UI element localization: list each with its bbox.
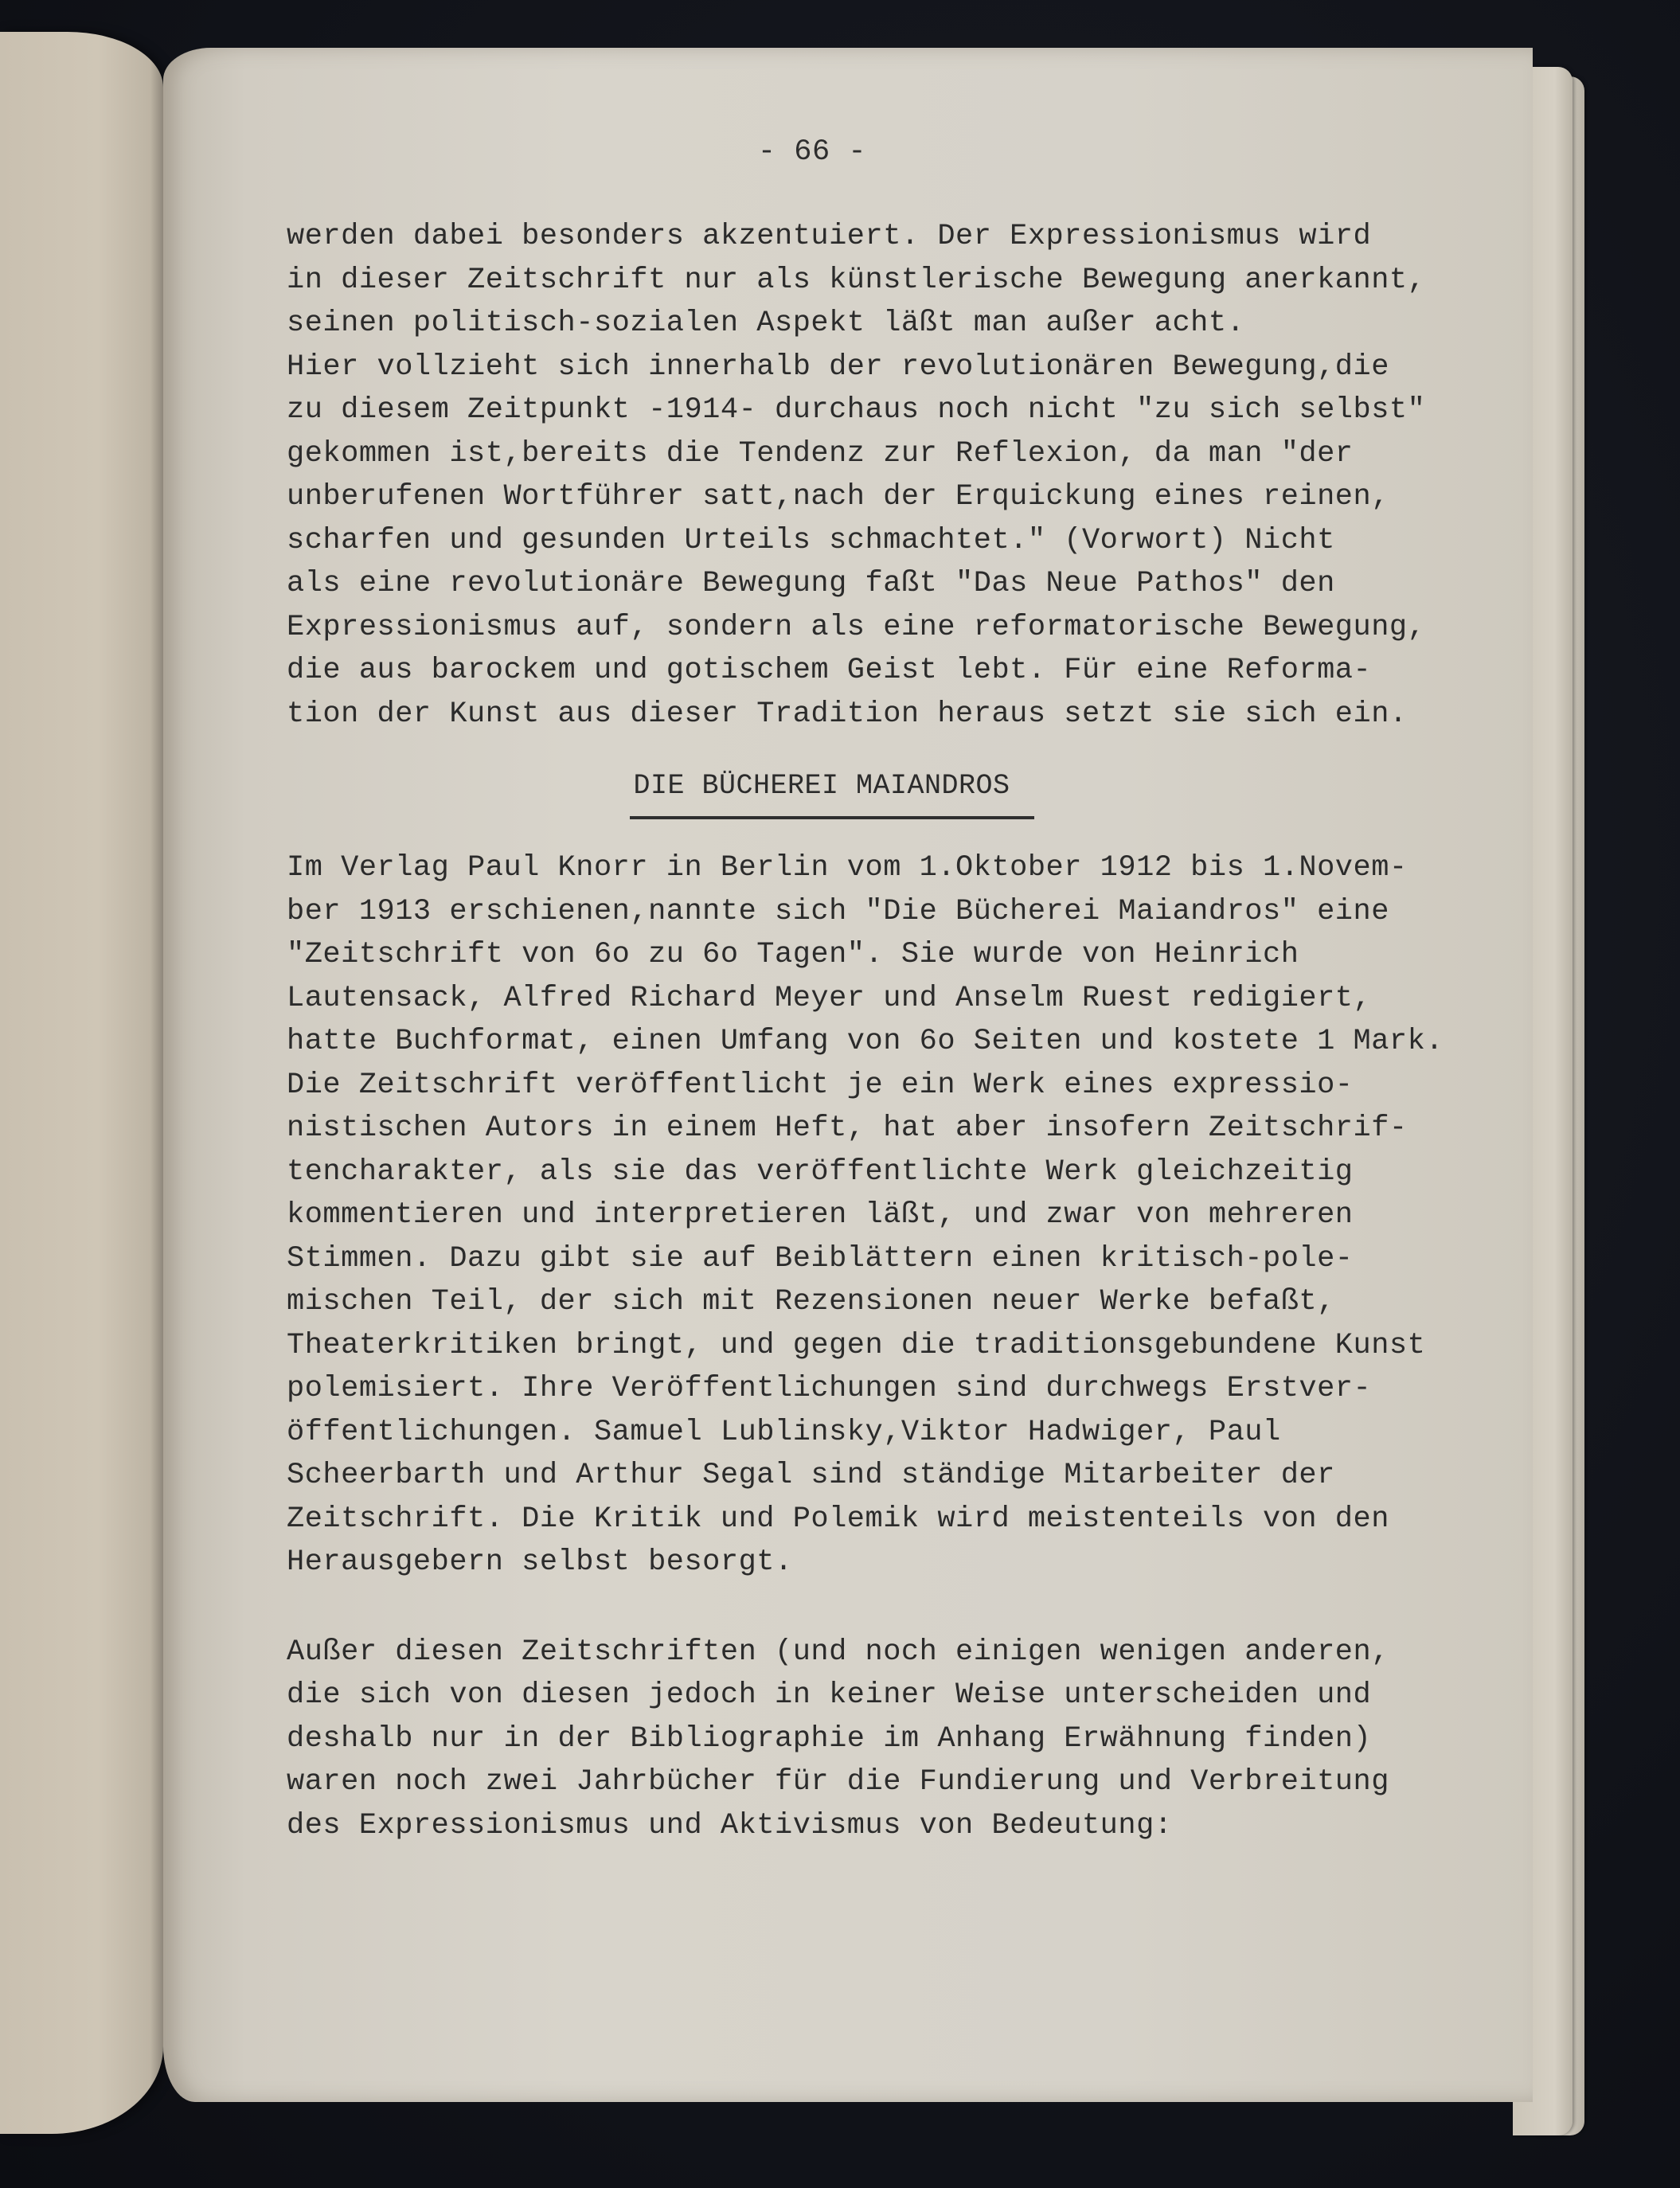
page-text-block: - 66 - werden dabei besonders akzentuier… (287, 135, 1481, 1847)
text-line: Im Verlag Paul Knorr in Berlin vom 1.Okt… (287, 846, 1481, 890)
text-line: tion der Kunst aus dieser Tradition hera… (287, 693, 1481, 736)
text-line: als eine revolutionäre Bewegung faßt "Da… (287, 562, 1481, 606)
text-line: ber 1913 erschienen,nannte sich "Die Büc… (287, 890, 1481, 934)
text-line: "Zeitschrift von 6o zu 6o Tagen". Sie wu… (287, 933, 1481, 977)
text-line: Lautensack, Alfred Richard Meyer und Ans… (287, 977, 1481, 1021)
text-line: polemisiert. Ihre Veröffentlichungen sin… (287, 1367, 1481, 1411)
text-line: Expressionismus auf, sondern als eine re… (287, 606, 1481, 650)
text-line: kommentieren und interpretieren läßt, un… (287, 1194, 1481, 1237)
text-line: mischen Teil, der sich mit Rezensionen n… (287, 1280, 1481, 1324)
text-line: zu diesem Zeitpunkt -1914- durchaus noch… (287, 389, 1481, 432)
book-page: - 66 - werden dabei besonders akzentuier… (163, 48, 1533, 2102)
text-line: Stimmen. Dazu gibt sie auf Beiblättern e… (287, 1237, 1481, 1281)
paragraph-intro: werden dabei besonders akzentuiert. Der … (287, 215, 1481, 736)
text-line: seinen politisch-sozialen Aspekt läßt ma… (287, 302, 1481, 346)
text-line: unberufenen Wortführer satt,nach der Erq… (287, 475, 1481, 519)
section-heading-container: DIE BÜCHEREI MAIANDROS (287, 769, 1481, 819)
text-line: scharfen und gesunden Urteils schmachtet… (287, 519, 1481, 563)
text-line: Außer diesen Zeitschriften (und noch ein… (287, 1631, 1481, 1674)
text-line: Scheerbarth und Arthur Segal sind ständi… (287, 1454, 1481, 1498)
text-line: Zeitschrift. Die Kritik und Polemik wird… (287, 1498, 1481, 1541)
text-line: Die Zeitschrift veröffentlicht je ein We… (287, 1064, 1481, 1108)
facing-page-edge (0, 32, 163, 2134)
text-line: in dieser Zeitschrift nur als künstleris… (287, 259, 1481, 303)
text-line: Herausgebern selbst besorgt. (287, 1541, 1481, 1584)
text-line: Hier vollzieht sich innerhalb der revolu… (287, 346, 1481, 389)
photo-scene: - 66 - werden dabei besonders akzentuier… (0, 0, 1680, 2188)
paragraph-maiandros: Im Verlag Paul Knorr in Berlin vom 1.Okt… (287, 846, 1481, 1584)
section-heading: DIE BÜCHEREI MAIANDROS (630, 770, 1033, 819)
text-line: hatte Buchformat, einen Umfang von 6o Se… (287, 1020, 1481, 1064)
text-line: gekommen ist,bereits die Tendenz zur Ref… (287, 432, 1481, 476)
page-number: - 66 - (287, 135, 1481, 169)
text-line: die aus barockem und gotischem Geist leb… (287, 649, 1481, 693)
text-line: öffentlichungen. Samuel Lublinsky,Viktor… (287, 1411, 1481, 1455)
text-line: deshalb nur in der Bibliographie im Anha… (287, 1717, 1481, 1761)
text-line: tencharakter, als sie das veröffentlicht… (287, 1151, 1481, 1194)
text-line: des Expressionismus und Aktivismus von B… (287, 1804, 1481, 1848)
text-line: werden dabei besonders akzentuiert. Der … (287, 215, 1481, 259)
text-line: nistischen Autors in einem Heft, hat abe… (287, 1107, 1481, 1151)
paragraph-jahrbuecher: Außer diesen Zeitschriften (und noch ein… (287, 1631, 1481, 1848)
text-line: die sich von diesen jedoch in keiner Wei… (287, 1674, 1481, 1717)
paragraph-spacer (287, 1584, 1481, 1631)
text-line: waren noch zwei Jahrbücher für die Fundi… (287, 1760, 1481, 1804)
text-line: Theaterkritiken bringt, und gegen die tr… (287, 1324, 1481, 1368)
